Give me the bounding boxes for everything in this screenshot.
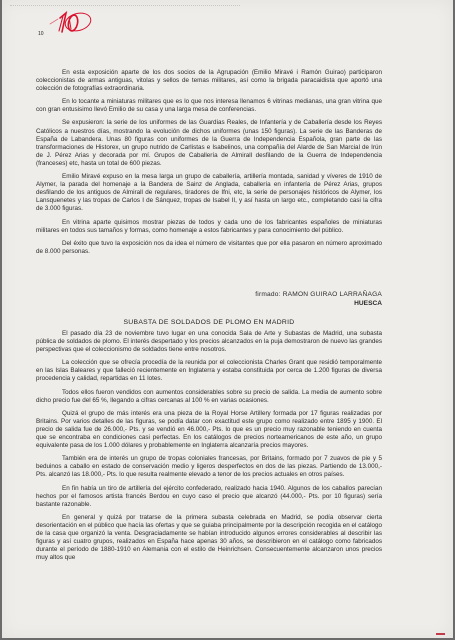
red-corner-mark [436,633,445,635]
top-rule [10,5,240,6]
paragraph: Todos ellos fueron vendidos con aumentos… [36,389,382,405]
signature-block: firmado: RAMON GUIRAO LARRAÑAGA HUESCA [216,290,382,308]
document-page: 10 10 En esta exposición aparte de los d… [2,0,453,638]
signature-name: firmado: RAMON GUIRAO LARRAÑAGA [216,290,382,299]
paragraph: Quizá el grupo de más interés era una pi… [36,410,382,450]
paragraph: También era de interés un grupo de tropa… [36,455,382,479]
paragraph: Del éxito que tuvo la exposición nos da … [36,240,382,256]
paragraph: En general y quizá por tratarse de la pr… [36,514,382,563]
paragraph: En esta exposición aparte de los dos soc… [36,69,382,93]
paragraph: En fin había un tiro de artillería del e… [36,485,382,509]
auction-article-body: El pasado día 23 de noviembre tuvo lugar… [36,330,382,567]
paragraph: El pasado día 23 de noviembre tuvo lugar… [36,330,382,354]
paragraph: En vitrina aparte quisimos mostrar pieza… [36,219,382,235]
paragraph: La colección que se ofrecía procedía de … [36,359,382,383]
paragraph: Se expusieron: la serie de los uniformes… [36,119,382,168]
page-number: 10 [38,31,44,37]
exhibition-report-section: En esta exposición aparte de los dos soc… [36,69,382,261]
paragraph: En lo tocante a miniaturas militares que… [36,98,382,114]
signature-city: HUESCA [216,299,382,308]
paragraph: Emilio Miravé expuso en la mesa larga un… [36,173,382,213]
handwritten-page-number-mark: 10 [44,10,96,34]
svg-text:10: 10 [44,10,46,11]
article-title: SUBASTA DE SOLDADOS DE PLOMO EN MADRID [36,319,382,326]
